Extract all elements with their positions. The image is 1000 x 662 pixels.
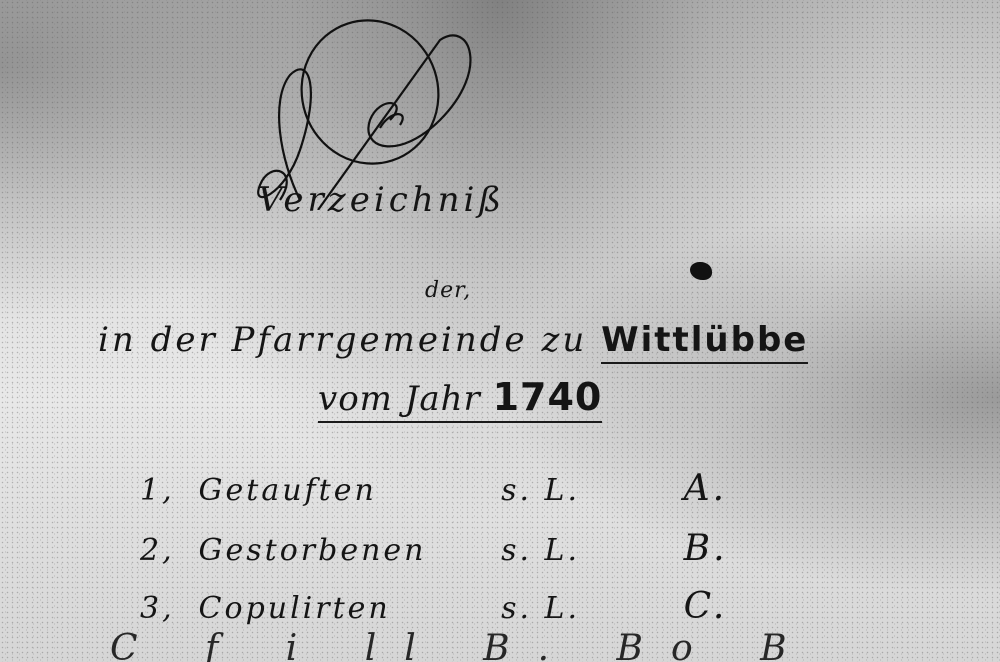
year-prefix: vom Jahr [318,379,481,419]
place-name: Wittlübbe [601,320,808,364]
partial-cut-off-line: C f i ll B. Bo B [110,628,815,662]
year: 1740 [493,375,603,419]
item-number: 2, [140,533,186,568]
item-letter: C. [684,586,728,627]
parish-prefix: in der Pfarrgemeinde zu [98,320,587,360]
item-number: 3, [140,591,186,626]
item-name: Getauften [199,473,489,508]
item-name: Gestorbenen [199,533,489,568]
document-title: Verzeichniß [258,180,505,220]
item-ref: s. L. [501,591,671,626]
item-name: Copulirten [199,591,489,626]
item-ref: s. L. [501,473,671,508]
item-letter: B. [684,528,728,569]
item-number: 1, [140,473,186,508]
list-item: 2, Gestorbenen s. L. B. [140,528,728,569]
list-item: 1, Getauften s. L. A. [140,468,727,509]
title-line-der: der, [425,278,471,303]
item-letter: A. [684,468,727,509]
item-ref: s. L. [501,533,671,568]
year-line: vom Jahr 1740 [318,375,602,423]
list-item: 3, Copulirten s. L. C. [140,586,727,627]
ink-blot [690,262,712,280]
parish-line: in der Pfarrgemeinde zu Wittlübbe [98,320,808,360]
